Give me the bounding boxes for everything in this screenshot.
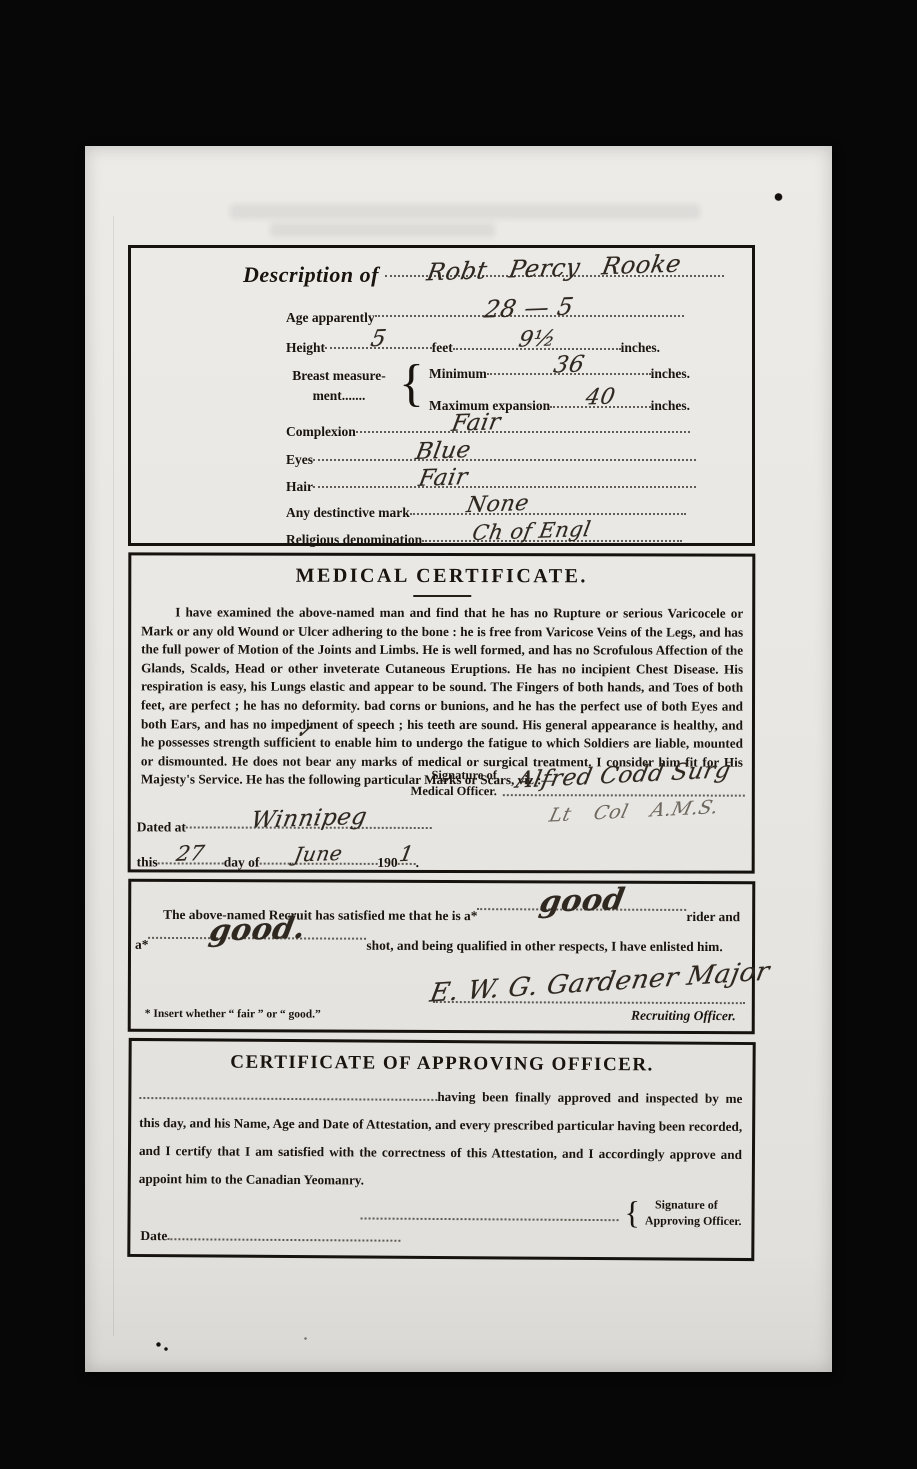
maximum-unit: inches. xyxy=(651,398,690,414)
month-value: June xyxy=(292,841,344,867)
description-title: Description of xyxy=(243,262,379,288)
height-feet-value: 5 xyxy=(368,326,388,353)
rider-value: good xyxy=(537,882,628,920)
distinctive-mark-field-row: Any destinctive mark None xyxy=(286,498,686,521)
paper-fold-line xyxy=(113,216,114,1336)
year-prefix-label: 190 xyxy=(377,855,397,871)
name-value: Robt Percy Rooke xyxy=(425,250,684,287)
approving-officer-body: having been finally approved and inspect… xyxy=(139,1081,743,1197)
approving-body-text: having been finally approved and inspect… xyxy=(139,1089,743,1188)
eyes-field: Blue xyxy=(313,444,696,461)
age-field: 28 — 5 xyxy=(375,300,684,317)
day-field: 27 xyxy=(158,847,224,864)
ink-speck xyxy=(304,1337,307,1340)
minimum-field: 36 xyxy=(487,358,651,375)
day-of-label: day of xyxy=(224,855,260,871)
recruiting-officer-section: The above-named Recruit has satisfied me… xyxy=(128,879,756,1034)
date-line-row: this 27 day of June 190 1 . xyxy=(137,847,477,871)
approving-date-row: Date xyxy=(140,1223,400,1246)
paper-page: Description of Robt Percy Rooke Age appa… xyxy=(85,146,832,1372)
minimum-value: 36 xyxy=(551,351,586,378)
year-value: 1 xyxy=(397,842,415,866)
day-value: 27 xyxy=(175,841,207,866)
approving-officer-section: CERTIFICATE OF APPROVING OFFICER. having… xyxy=(127,1038,755,1261)
recruiting-officer-label: Recruiting Officer. xyxy=(631,1008,736,1024)
religion-value: Ch of Engl xyxy=(470,517,592,545)
recruiting-officer-signature-value: E. W. G. Gardener Major xyxy=(428,957,772,1009)
hair-field: Fair xyxy=(313,471,696,488)
eyes-value: Blue xyxy=(413,437,473,465)
complexion-label: Complexion xyxy=(286,424,356,440)
height-field-row: Height 5 feet 9½ inches. xyxy=(286,332,660,356)
approving-brace: { xyxy=(624,1194,640,1231)
approving-officer-heading: CERTIFICATE OF APPROVING OFFICER. xyxy=(132,1051,753,1077)
distinctive-mark-field: None xyxy=(410,498,686,515)
complexion-value: Fair xyxy=(449,409,502,437)
medical-officer-rank-value: Lt Col A.M.S. xyxy=(547,796,721,826)
distinctive-mark-label: Any destinctive mark xyxy=(286,505,410,521)
maximum-field: 40 xyxy=(550,391,651,408)
shot-field: good. xyxy=(148,922,366,940)
shot-value: good. xyxy=(207,911,309,949)
eyes-field-row: Eyes Blue xyxy=(286,444,696,468)
minimum-unit: inches. xyxy=(651,366,690,382)
rider-field: good xyxy=(477,893,686,911)
maximum-value: 40 xyxy=(584,384,618,410)
dated-at-label: Dated at xyxy=(137,819,186,835)
approving-signature-field xyxy=(361,1203,619,1221)
medical-certificate-section: MEDICAL CERTIFICATE. I have examined the… xyxy=(128,552,756,873)
religion-field-row: Religious denomination Ch of Engl xyxy=(286,525,682,548)
dated-at-value: Winnipeg xyxy=(249,804,369,834)
approving-date-label: Date xyxy=(140,1228,167,1244)
ink-speck xyxy=(774,193,783,201)
age-field-row: Age apparently 28 — 5 xyxy=(286,300,684,326)
age-label: Age apparently xyxy=(286,310,375,326)
scanned-attestation-document: { "colors": { "background": "#070707", "… xyxy=(0,0,917,1469)
breast-minimum-row: Minimum 36 inches. xyxy=(429,358,690,382)
heading-rule xyxy=(413,595,471,597)
complexion-field-row: Complexion Fair xyxy=(286,416,690,440)
approving-signature-label: Signature of Approving Officer. xyxy=(645,1197,742,1229)
approving-date-field xyxy=(167,1223,400,1242)
description-section: Description of Robt Percy Rooke Age appa… xyxy=(128,245,755,546)
year-field: 1 xyxy=(398,848,416,865)
hair-value: Fair xyxy=(417,464,470,492)
medical-officer-signature-field: Alfred Codd Surg xyxy=(503,762,745,797)
complexion-field: Fair xyxy=(356,416,690,433)
ink-speck xyxy=(164,1347,168,1351)
breast-rows: Minimum 36 inches. Maximum expansion 40 … xyxy=(429,358,690,414)
dated-at-field: Winnipeg xyxy=(186,811,432,829)
shot-line-suffix: shot, and being qualified in other respe… xyxy=(366,938,722,955)
religion-field: Ch of Engl xyxy=(422,525,682,542)
medical-officer-label: Medical Officer. xyxy=(389,784,497,800)
hair-label: Hair xyxy=(286,479,313,495)
eyes-label: Eyes xyxy=(286,452,313,468)
height-inches-value: 9½ xyxy=(516,326,557,352)
breast-measurement-block: Breast measure- ment....... { Minimum 36… xyxy=(281,354,690,417)
year-period: . xyxy=(416,855,419,871)
age-value: 28 — 5 xyxy=(482,292,576,323)
shot-line-prefix: a* xyxy=(135,937,148,953)
this-label: this xyxy=(137,854,158,870)
breast-measurement-label: Breast measure- ment....... xyxy=(281,366,397,405)
medical-officer-signature-label: Signature of Medical Officer. xyxy=(389,768,497,799)
month-field: June xyxy=(259,848,377,865)
distinctive-mark-value: None xyxy=(465,491,532,518)
breast-brace: { xyxy=(399,354,424,413)
bleedthrough-smudge xyxy=(230,204,700,219)
height-feet-field: 5 xyxy=(325,332,432,349)
minimum-label: Minimum xyxy=(429,366,487,382)
footnote-insert-fair-good: * Insert whether “ fair ” or “ good.” xyxy=(145,1008,321,1021)
medical-officer-signature-value: Alfred Codd Surg xyxy=(514,757,733,794)
dated-at-row: Dated at Winnipeg xyxy=(137,811,432,836)
ink-speck xyxy=(156,1342,161,1347)
approving-signature-row: { Signature of Approving Officer. xyxy=(360,1192,741,1232)
breast-label-line2: ment....... xyxy=(281,386,397,406)
approving-officer-label: Approving Officer. xyxy=(645,1213,742,1229)
religion-label: Religious denomination xyxy=(286,532,422,548)
description-title-row: Description of Robt Percy Rooke xyxy=(243,260,724,288)
signature-of-label: Signature of xyxy=(389,768,497,784)
bleedthrough-smudge xyxy=(270,223,495,237)
medical-certificate-heading: MEDICAL CERTIFICATE. xyxy=(131,564,752,588)
approved-name-field xyxy=(139,1084,437,1101)
name-field: Robt Percy Rooke xyxy=(385,260,724,277)
height-inches-field: 9½ xyxy=(453,333,621,350)
rider-line-suffix: rider and xyxy=(686,909,740,925)
signature-of-label: Signature of xyxy=(645,1197,742,1213)
recruiting-officer-signature-field: E. W. G. Gardener Major xyxy=(433,965,745,1004)
shot-line: a* good. shot, and being qualified in ot… xyxy=(135,922,740,955)
breast-label-line1: Breast measure- xyxy=(281,366,397,386)
